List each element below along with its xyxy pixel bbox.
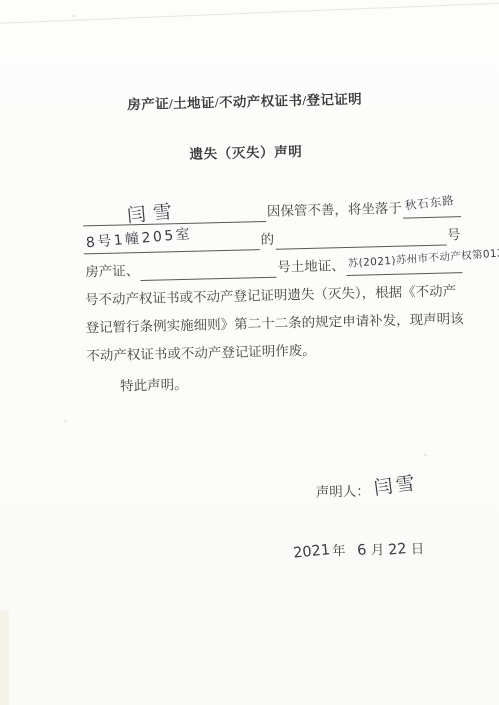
handwritten-signature: 闫雪 xyxy=(372,468,419,500)
handwritten-road: 秋石东路 xyxy=(404,190,456,215)
closing-statement: 特此声明。 xyxy=(120,367,499,396)
handwritten-name: 闫雪 xyxy=(126,201,180,226)
printed-hao-suffix: 号 xyxy=(446,225,462,245)
date-line: 2021 年 6 月 22 日 xyxy=(293,537,425,560)
year-unit: 年 xyxy=(332,539,346,559)
address-blank-line: 8号1幢205室 xyxy=(83,229,259,254)
handwritten-day: 22 xyxy=(388,541,408,559)
handwritten-address: 8号1幢205室 xyxy=(85,224,193,253)
body-line-6: 不动产权证书或不动产登记证明作废。 xyxy=(86,337,471,366)
document-content: 房产证/土地证/不动产权证书/登记证明 遗失（灭失）声明 闫雪 因保管不善，将坐… xyxy=(0,0,499,705)
printed-line3-mid: 号土地证、 xyxy=(276,256,346,278)
document-subtitle: 遗失（灭失）声明 xyxy=(0,135,496,167)
day-unit: 日 xyxy=(411,537,425,557)
name-blank-line: 闫雪 xyxy=(83,201,266,226)
document-title: 房产证/土地证/不动产权证书/登记证明 xyxy=(0,84,494,116)
body-line-4: 号不动产权证书或不动产登记证明遗失（灭失），根据《不动产 xyxy=(85,281,470,310)
land-cert-no-blank-line xyxy=(140,257,276,281)
month-unit: 月 xyxy=(371,538,385,558)
signature-line: 声明人： 闫雪 xyxy=(315,478,417,500)
realestate-cert-no-blank-line: 苏(2021)苏州市不动产权第0127800号 xyxy=(345,252,462,276)
body-line-5: 登记暂行条例实施细则》第二十二条的规定申请补发，现声明该 xyxy=(85,309,470,338)
handwritten-month: 6 xyxy=(357,542,368,559)
printed-text-after-name: 因保管不善，将坐落于 xyxy=(266,199,403,222)
printed-particle-de: 的 xyxy=(259,230,275,250)
body-line-1: 闫雪 因保管不善，将坐落于 秋石东路 xyxy=(83,196,461,226)
printed-line3-prefix: 房产证、 xyxy=(84,261,140,282)
scanned-declaration-page: 房产证/土地证/不动产权证书/登记证明 遗失（灭失）声明 闫雪 因保管不善，将坐… xyxy=(0,0,499,705)
house-cert-no-blank-line xyxy=(275,225,446,250)
road-blank-line: 秋石东路 xyxy=(403,196,461,218)
body-line-3: 房产证、 号土地证、 苏(2021)苏州市不动产权第0127800号 xyxy=(84,252,462,282)
handwritten-year: 2021 xyxy=(293,542,331,561)
signature-label: 声明人： xyxy=(315,479,369,500)
